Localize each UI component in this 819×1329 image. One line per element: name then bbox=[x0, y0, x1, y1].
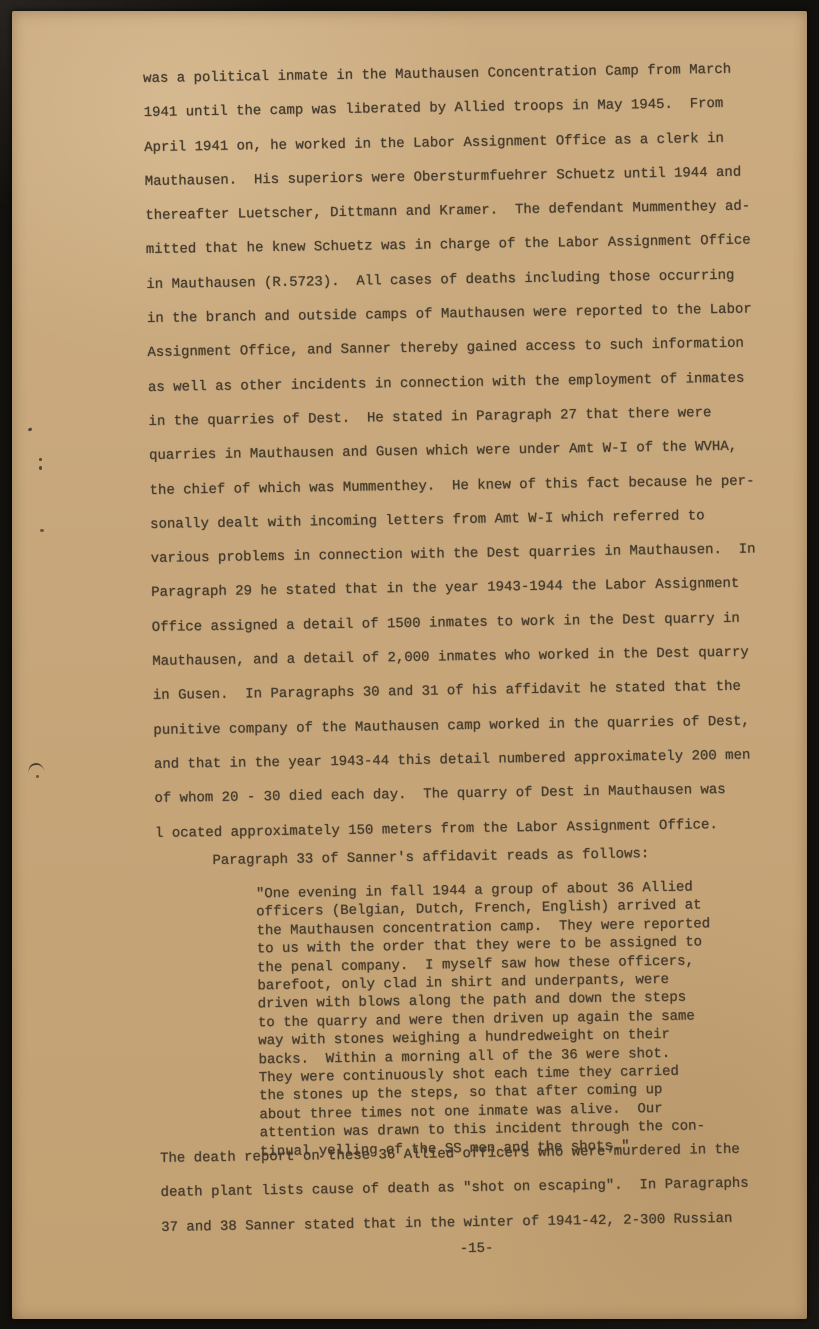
scan-frame: was a political inmate in the Mauthausen… bbox=[0, 0, 819, 1329]
document-page: was a political inmate in the Mauthausen… bbox=[12, 11, 807, 1319]
ink-speck bbox=[36, 775, 39, 778]
typed-content: was a political inmate in the Mauthausen… bbox=[142, 1, 807, 1319]
main-paragraph: was a political inmate in the Mauthausen… bbox=[143, 52, 760, 850]
pen-squiggle-mark bbox=[27, 761, 45, 775]
closing-paragraph: The death report on these 36 Allied offi… bbox=[160, 1133, 750, 1245]
affidavit-quote: "One evening in fall 1944 a group of abo… bbox=[256, 878, 714, 1161]
ink-speck bbox=[39, 458, 42, 461]
ink-speck bbox=[28, 427, 33, 431]
ink-speck bbox=[40, 529, 44, 532]
ink-speck bbox=[39, 466, 42, 470]
paragraph-lead-line: Paragraph 33 of Sanner's affidavit reads… bbox=[212, 837, 649, 878]
